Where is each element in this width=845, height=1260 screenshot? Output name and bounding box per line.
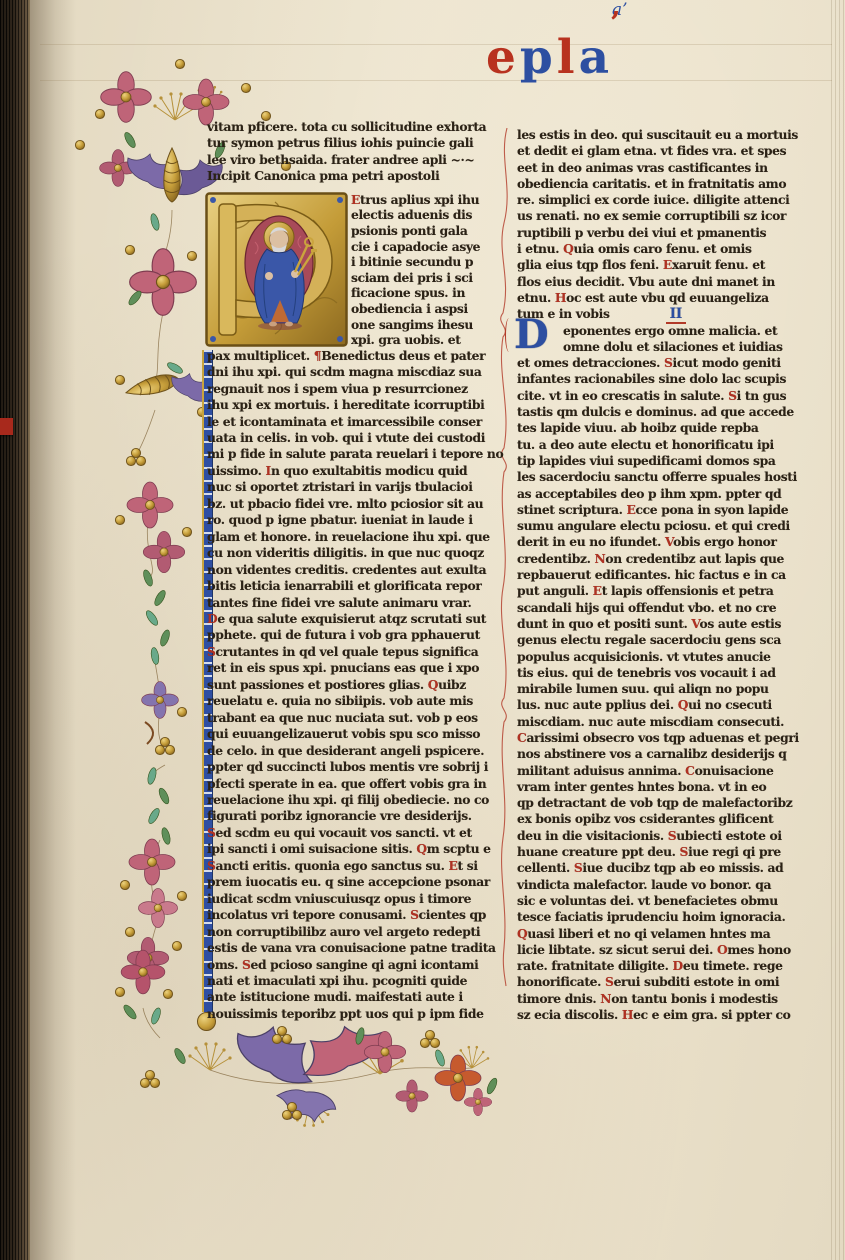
text-line: qui euuangelizauerut vobis spu sco misso (207, 726, 495, 742)
text-line: dni ihu xpi. qui scdm magna miscdiaz sua (207, 364, 495, 380)
text-line: vitam pficere. tota cu sollicitudine exh… (207, 119, 495, 135)
text-line: huane creature ppt deu. Siue regi qi pre (517, 844, 813, 860)
text-line: non corruptibilibz auro vel argeto redep… (207, 924, 495, 940)
text-line: dunt in quo et positi sunt. Vos aute est… (517, 616, 813, 632)
text-line: sz ecia discolis. Hec e eim gra. si ppte… (517, 1007, 813, 1023)
text-line: tum e in vobisII (517, 306, 813, 322)
manuscript-page: a’ epla ’ (0, 0, 845, 1260)
text-line: mi p fide in salute parata reuelari i te… (207, 446, 495, 462)
text-line: ro. quod p igne pbatur. iueniat in laude… (207, 512, 495, 528)
text-line: lee viro bethsaida. frater andree apli ~… (207, 152, 495, 168)
text-line: tastis qm dulcis e dominus. ad que acced… (517, 404, 813, 420)
text-line: iudicat scdm vniuscuiusqz opus i timore (207, 891, 495, 907)
text-line: nati et imaculati xpi ihu. pcogniti quid… (207, 973, 495, 989)
text-line: obediencia i aspsi (351, 301, 495, 317)
text-line: ihu xpi ex mortuis. i hereditate icorrup… (207, 397, 495, 413)
text-line: rate. fratnitate diligite. Deu timete. r… (517, 958, 813, 974)
text-line: one sangims ihesu (351, 317, 495, 333)
text-line: flos eius decidit. Vbu aute dni manet in (517, 274, 813, 290)
text-line: reuelatu e. quia no sibiipis. vob aute m… (207, 693, 495, 709)
text-line: le et icontaminata et imarcessibile cons… (207, 414, 495, 430)
text-line: eponentes ergo omne malicia. et (563, 323, 813, 339)
text-line: sunt passiones et postiores glias. Quibz (207, 677, 495, 693)
text-line: Carissimi obsecro vos tqp aduenas et peg… (517, 730, 813, 746)
red-bookmark-tab[interactable] (0, 418, 13, 435)
text-line: psionis ponti gala (351, 223, 495, 239)
text-line: oms. Sed pcioso sangine qi agni icontami (207, 957, 495, 973)
text-line: cite. vt in eo crescatis in salute. Si t… (517, 388, 813, 404)
text-line: et omes detracciones. Sicut modo geniti (517, 355, 813, 371)
text-line: infantes racionabiles sine dolo lac scup… (517, 371, 813, 387)
text-line: les estis in deo. qui suscitauit eu a mo… (517, 127, 813, 143)
text-line: etnu. Hoc est aute vbu qd euuangeliza (517, 290, 813, 306)
text-line: ruptibili p verbu dei viui et pmanentis (517, 225, 813, 241)
text-line: timore dnis. Non tantu bonis i modestis (517, 991, 813, 1007)
text-line: figurati poribz ignorancie vre desiderij… (207, 808, 495, 824)
text-line: eet in deo animas vras castificantes in (517, 160, 813, 176)
text-column-left: vitam pficere. tota cu sollicitudine exh… (207, 119, 495, 1022)
text-column-right: les estis in deo. qui suscitauit eu a mo… (517, 127, 813, 1023)
text-line: uissimo. In quo exultabitis modicu quid (207, 463, 495, 479)
text-line: Quasi liberi et no qi velamen hntes ma (517, 926, 813, 942)
text-line: licie libtate. sz sicut serui dei. Omes … (517, 942, 813, 958)
text-line: ipi sancti i omi suisacione sitis. Qm sc… (207, 841, 495, 857)
text-line: De qua salute exquisierut atqz scrutati … (207, 611, 495, 627)
text-line: nuc si oportet ztristari in varijs tbula… (207, 479, 495, 495)
text-line: obediencia caritatis. et in fratnitatis … (517, 176, 813, 192)
text-line: populus acquisicionis. vt vtutes anucie (517, 649, 813, 665)
header-letter: p (520, 30, 557, 85)
text-line: tis eius. qui de tenebris vos vocauit i … (517, 665, 813, 681)
text-line: pax multiplicet. ¶Benedictus deus et pat… (207, 348, 495, 364)
text-line: Scrutantes in qd vel quale tepus signifi… (207, 644, 495, 660)
header-letter: a (579, 30, 613, 85)
text-line: mirabile lumen suu. qui aliqn no popu (517, 681, 813, 697)
left-border-middle (115, 245, 208, 845)
text-line: Sed scdm eu qui vocauit vos sancti. vt e… (207, 825, 495, 841)
text-line: i etnu. Quia omis caro fenu. et omis (517, 241, 813, 257)
text-line: credentibz. Non credentibz aut lapis que (517, 551, 813, 567)
page-edges-right (828, 0, 845, 1260)
text-line: cellenti. Siue ducibz tqp ab eo missis. … (517, 860, 813, 876)
text-line: qp detractant de vob tqp de malefactorib… (517, 795, 813, 811)
book-binding-edge (0, 0, 30, 1260)
text-line: tip lapides viui supedificami domos spa (517, 453, 813, 469)
header-letter: l (557, 30, 579, 85)
text-line: repbauerut edificantes. hic factus e in … (517, 567, 813, 583)
text-line: estis de vana vra conuisacione patne tra… (207, 940, 495, 956)
text-line: incolatus vri tepore conusami. Scientes … (207, 907, 495, 923)
text-line: reuelacione ihu xpi. qi filij obediecie.… (207, 792, 495, 808)
text-line: ex bonis opibz vos csiderantes glificent (517, 811, 813, 827)
text-line: trabant ea que nuc nuciata sut. vob p eo… (207, 710, 495, 726)
text-line: glia eius tqp flos feni. Exaruit fenu. e… (517, 257, 813, 273)
text-line: regnauit nos i spem viua p resurrcionez (207, 381, 495, 397)
text-line: tesce faciatis iprudenciu hoim ignoracia… (517, 909, 813, 925)
text-line: ret in eis spus xpi. pnucians eas que i … (207, 660, 495, 676)
text-line: ante istitucione mudi. maifestati aute i (207, 989, 495, 1005)
text-line: Incipit Canonica pma petri apostoli (207, 168, 495, 184)
text-line: sciam dei pris i sci (351, 270, 495, 286)
text-line: tur symon petrus filius iohis puincie ga… (207, 135, 495, 151)
text-line: honorificate. Serui subditi estote in om… (517, 974, 813, 990)
text-line: as acceptabiles deo p ihm xpm. ppter qd (517, 486, 813, 502)
text-line: tu. a deo aute electu et honorificatu ip… (517, 437, 813, 453)
text-line: ppter qd succincti lubos mentis vre sobr… (207, 759, 495, 775)
text-line: tantes fine fidei vre salute animaru vra… (207, 595, 495, 611)
text-line: uata in celis. in vob. qui i vtute dei c… (207, 430, 495, 446)
bottom-garland (140, 1026, 498, 1130)
text-line: nos abstinere vos a carnalibz desiderijs… (517, 746, 813, 762)
text-line: bz. ut pbacio fidei vre. mlto pciosior s… (207, 496, 495, 512)
text-line: Sancti eritis. quonia ego sanctus su. Et… (207, 858, 495, 874)
text-line: bitis leticia ienarrabili et glorificata… (207, 578, 495, 594)
text-line: re. simplici ex corde iuice. diligite at… (517, 192, 813, 208)
text-line: derit in eu no ifundet. Vobis ergo honor (517, 534, 813, 550)
text-line: ficacione spus. in (351, 285, 495, 301)
text-line: non videntes creditis. credentes aut exu… (207, 562, 495, 578)
text-line: nouissimis teporibz ppt uos qui p ipm fi… (207, 1006, 495, 1022)
text-line: stinet scriptura. Ecce pona in syon lapi… (517, 502, 813, 518)
text-line: prem iuocatis eu. q sine accepcione pson… (207, 874, 495, 890)
text-line: et dedit ei glam etna. vt fides vra. et … (517, 143, 813, 159)
text-line: lus. nuc aute pplius dei. Qui no csecuti (517, 697, 813, 713)
text-line: pphete. qui de futura i vob gra pphaueru… (207, 627, 495, 643)
text-line: scandali hijs qui offendut vbo. et no cr… (517, 600, 813, 616)
text-line: miscdiam. nuc aute miscdiam consecuti. (517, 714, 813, 730)
text-line: us renati. no ex semie corruptibili sz i… (517, 208, 813, 224)
header-flourish: ’ (610, 6, 620, 41)
text-line: cu non videritis diligitis. in que nuc q… (207, 545, 495, 561)
text-line: militant aduisus annima. Conuisacione (517, 763, 813, 779)
text-line: deu in die visitacionis. Subiecti estote… (517, 828, 813, 844)
text-line: de celo. in que desiderant angeli pspice… (207, 743, 495, 759)
ruling-line (40, 44, 832, 45)
text-line: genus electu regale sacerdociu gens sca (517, 632, 813, 648)
text-line: electis aduenis dis (351, 207, 495, 223)
text-line: i bitinie secundu p (351, 254, 495, 270)
text-line: pfecti sperate in ea. que offert vobis g… (207, 776, 495, 792)
text-line: omne dolu et silaciones et iuidias (563, 339, 813, 355)
text-line: les sacerdociu sanctu offerre spuales ho… (517, 469, 813, 485)
text-line: glam et honore. in reuelacione ihu xpi. … (207, 529, 495, 545)
text-line: vram inter gentes hntes bona. vt in eo (517, 779, 813, 795)
left-border-lower (115, 839, 186, 1025)
text-line: Etrus aplius xpi ihu (351, 192, 495, 208)
text-line: sic e voluntas dei. vt benefacietes obmu (517, 893, 813, 909)
text-line: tes lapide viuu. ab hoibz quide repba (517, 420, 813, 436)
text-line: put anguli. Et lapis offensionis et petr… (517, 583, 813, 599)
text-line: cie i capadocie asye (351, 239, 495, 255)
text-line: xpi. gra uobis. et (351, 332, 495, 348)
red-pen-flourish (495, 128, 517, 988)
text-beside-initial: Etrus aplius xpi ihuelectis aduenis disp… (207, 192, 495, 348)
text-line: sumu angulare electu pciosu. et qui cred… (517, 518, 813, 534)
text-line: vindicta malefactor. laude vo bonor. qa (517, 877, 813, 893)
